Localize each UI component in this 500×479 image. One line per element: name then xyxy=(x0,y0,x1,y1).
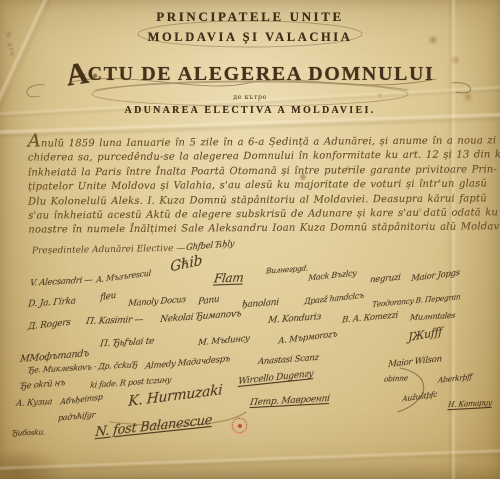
signature: П. Ђьfъlai te xyxy=(99,337,154,350)
signature: Gћib xyxy=(170,253,202,276)
title-by-text: де кътре xyxy=(0,93,500,101)
signature: Maior Wilson xyxy=(388,354,442,370)
signature: A. Мъзъrescul xyxy=(96,269,151,285)
signature: ЈЖиfff xyxy=(408,325,442,344)
signature: Maior Jopgs xyxy=(411,268,460,284)
act-line: noastre în numele Înălțimei Sale Aleksan… xyxy=(28,221,480,239)
header-adunarea-electiva: ADUNAREA ELECTIVA A MOLDAVIEI. xyxy=(0,105,500,116)
title-text: CTU DE ALEGEREA DOMNULUI xyxy=(88,63,435,85)
signature: V. Alecsandri — xyxy=(29,275,93,288)
signature: obinne xyxy=(383,373,408,383)
signature-flourish xyxy=(0,360,500,430)
signature: радъћіfgr xyxy=(58,410,96,422)
signature: Anastasi Scanz xyxy=(258,353,320,367)
signature: Panu xyxy=(198,294,220,307)
act-body: Anulŭ 1859 luna Ianuarie în 5 zile în a … xyxy=(28,131,481,238)
signature: Вилнегрgd. xyxy=(266,263,309,275)
signature: N. fost Balanescue xyxy=(95,413,213,440)
signature: М. Konduriз xyxy=(268,312,322,326)
signature: А. Мърмоrozъ xyxy=(278,329,338,346)
header-moldavia-valachia: MOLDAVIA ȘI VALACHIA xyxy=(0,30,500,45)
signature: Петр. Мавроенni xyxy=(249,394,330,408)
signature: fleu xyxy=(100,291,116,304)
president-label: Președintele Adunărei Elective — xyxy=(32,244,185,257)
signature: Н. Катарџу xyxy=(447,398,492,409)
signature: Manoly Dоcиз xyxy=(128,295,187,309)
signature: Драгž handclcъ xyxy=(304,291,364,306)
signature: Аužиštþfс xyxy=(402,389,437,403)
signature: Абъђеіmsр xyxy=(60,392,103,406)
title-swash-initial: A xyxy=(63,55,92,94)
document-title: ACTU DE ALEGEREA DOMNULUI xyxy=(0,56,500,92)
president-line: Președintele Adunărei Elective — xyxy=(32,244,185,257)
signature: А. Кузиа xyxy=(15,397,52,409)
signature: Mack Въzlcy xyxy=(308,268,357,282)
signature: Almedy Мадачdespъ xyxy=(145,354,231,372)
signature: Ghfbel Ћђly xyxy=(186,239,235,253)
header-principatele-unite: PRINCIPATELE UNITE xyxy=(0,9,500,25)
signature: Wircello Dugenгу xyxy=(238,369,314,387)
signature: ММофътandъ xyxy=(20,348,90,365)
signature: negruzi xyxy=(370,273,401,286)
document-header: PRINCIPATELE UNITE MOLDAVIA ȘI VALACHIA … xyxy=(0,0,500,116)
signature: П. Kasimir — xyxy=(85,315,144,327)
signature: Теодоrancy В. Переgran xyxy=(372,292,461,309)
signature: Flam xyxy=(213,270,244,285)
signature: ђanolani xyxy=(242,298,280,311)
signature: М. Мъdинcy xyxy=(198,334,250,349)
signature: Nеkolai Ђимаnovъ xyxy=(160,309,242,325)
signature: Aberkrþff xyxy=(438,372,472,385)
signature: Милнntales xyxy=(409,311,455,322)
signature: K. Hurmuzaki xyxy=(128,382,223,410)
document-page: PRINCIPATELE UNITE MOLDAVIA ȘI VALACHIA … xyxy=(0,0,500,479)
wax-seal xyxy=(232,418,247,433)
signature: ki fade. R post tczину xyxy=(90,375,172,390)
signature: В. А. Котezzi xyxy=(342,310,399,325)
signature: Ђибоskи. xyxy=(11,427,45,437)
signature: Ђе оkrй нъ xyxy=(20,378,66,392)
signature: D. Ja. Гіrka xyxy=(28,296,77,309)
signature: Ђе. Миклеskovъ · Др. čckиЂ xyxy=(28,360,139,375)
signature: Д. Rogers xyxy=(28,318,71,333)
